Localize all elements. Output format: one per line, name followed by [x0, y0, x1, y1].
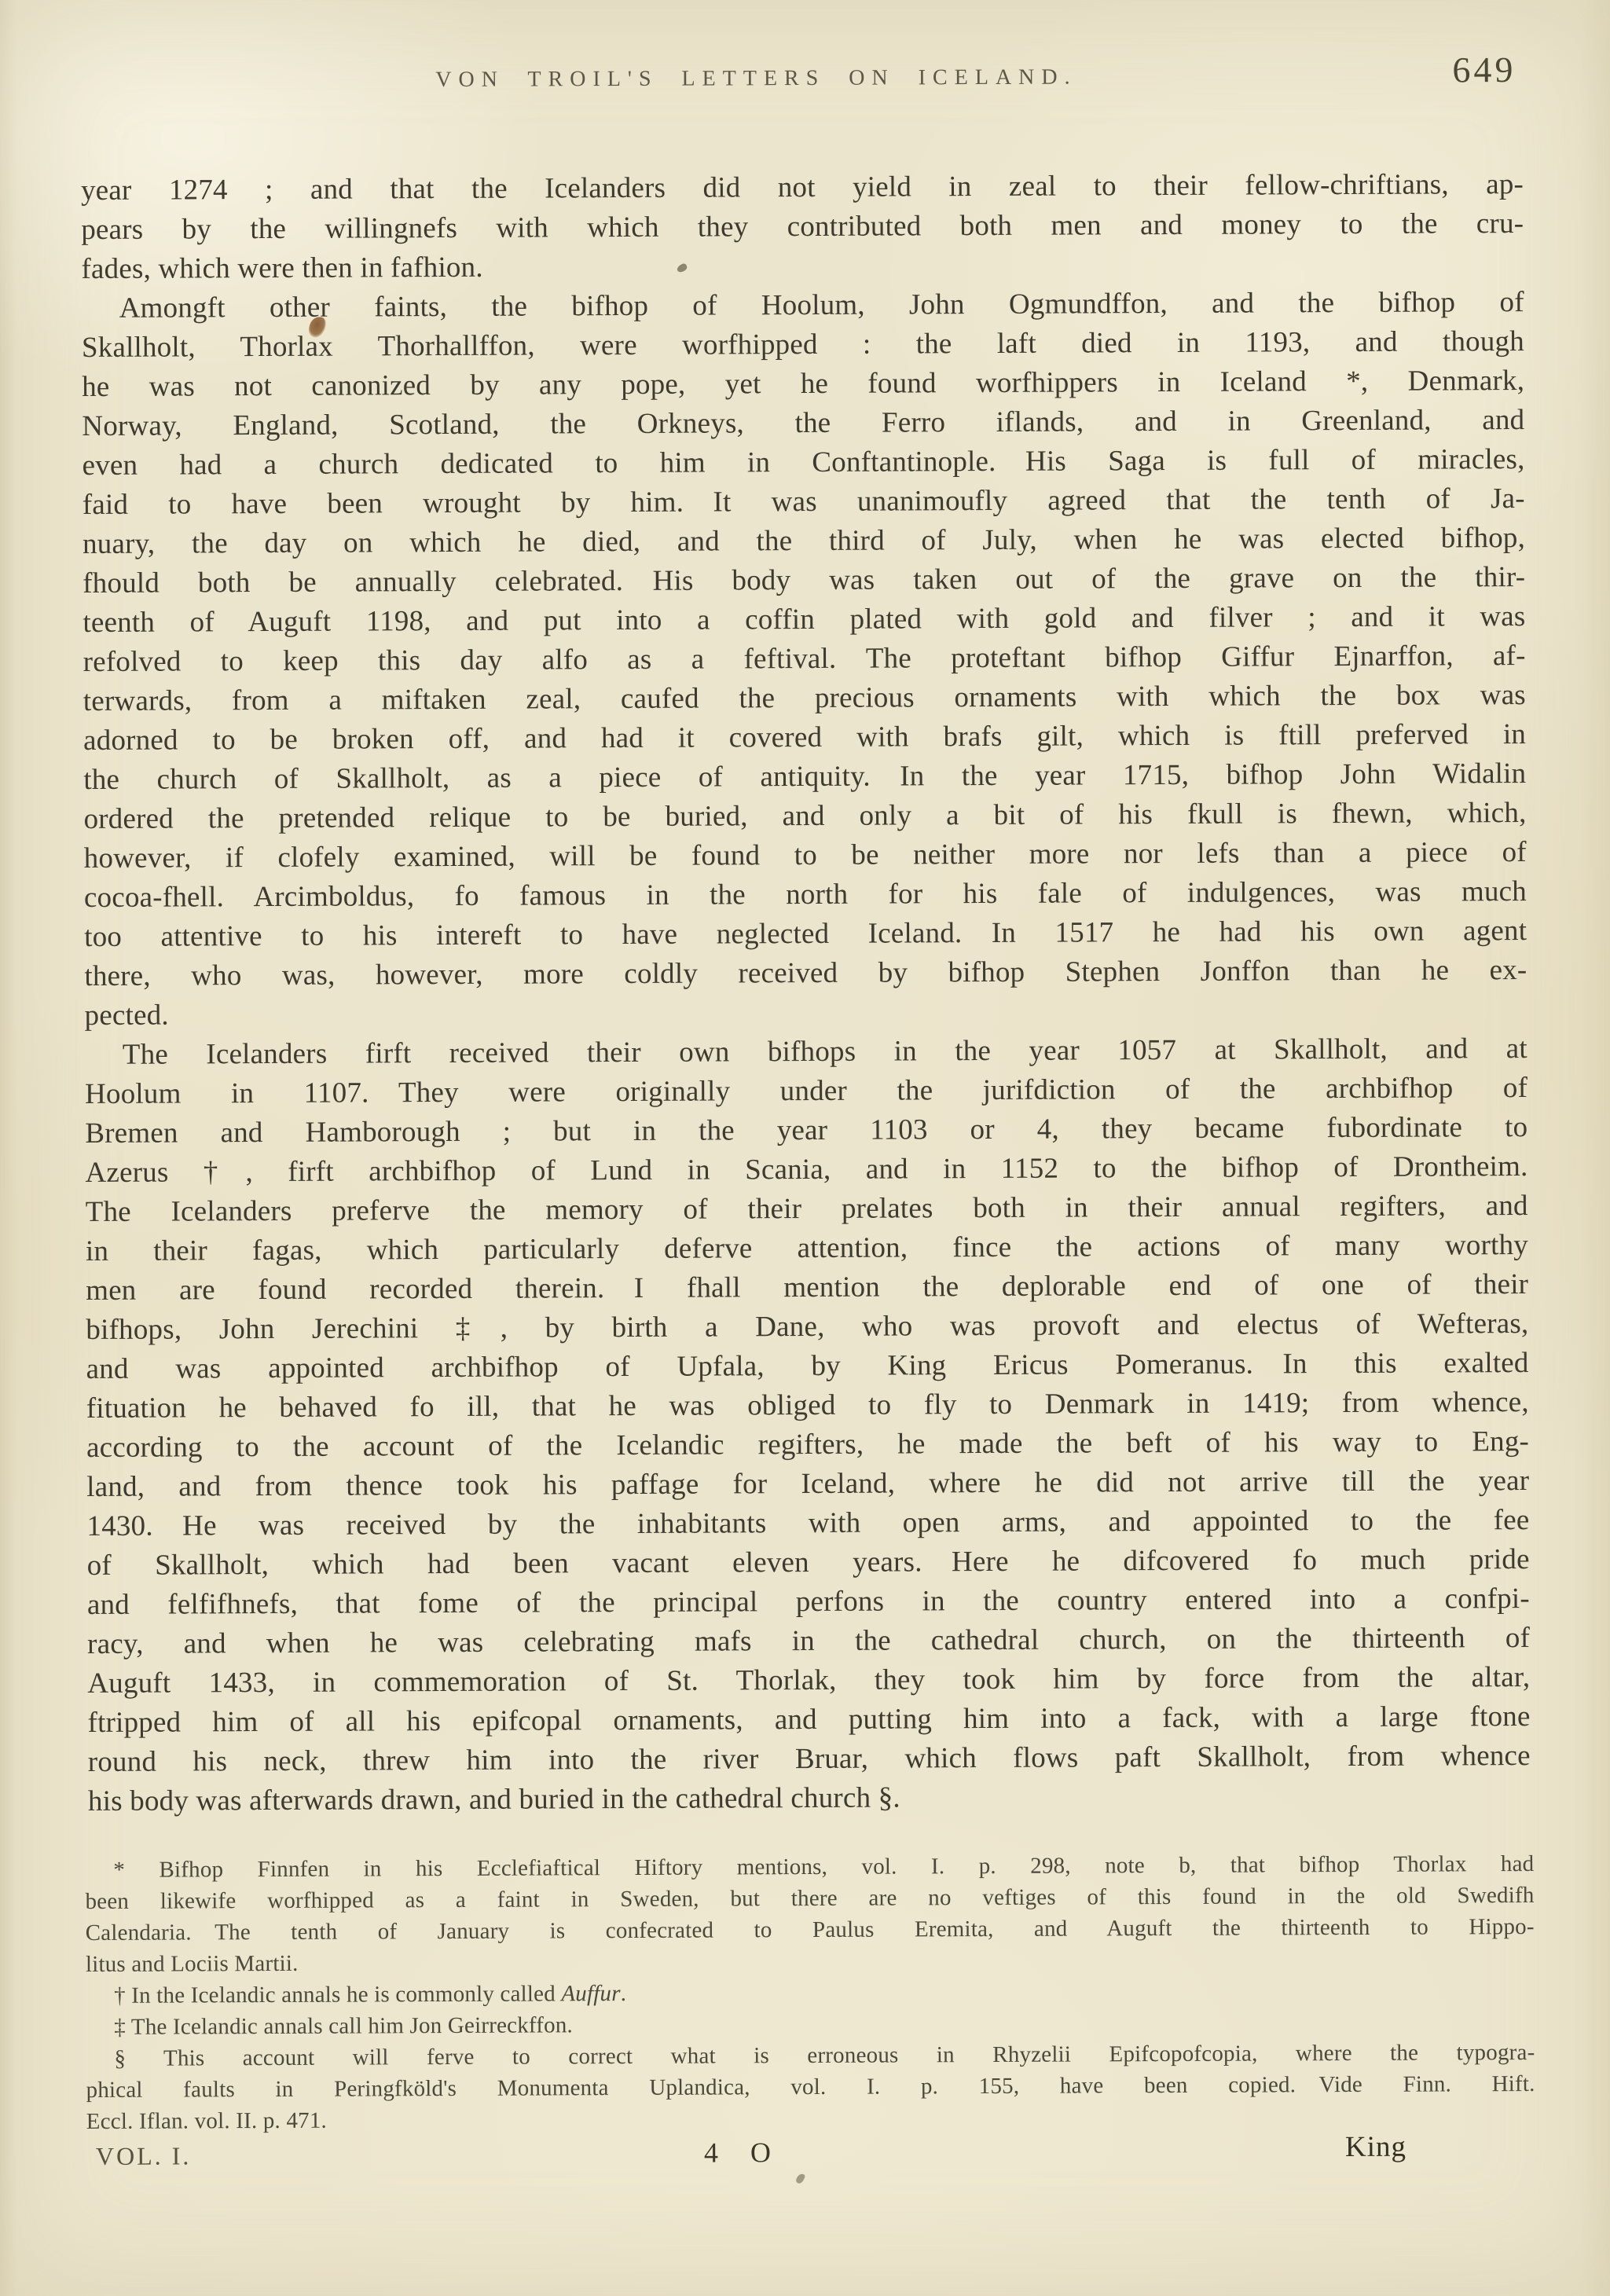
page-content: VON TROIL'S LETTERS ON ICELAND. 649 year… [0, 0, 1610, 2296]
body-text: year 1274 ; and that the Icelanders did … [81, 165, 1531, 1821]
text-line: however, if clofely examined, will be fo… [84, 833, 1527, 878]
text-line: Norway, England, Scotland, the Orkneys, … [82, 401, 1524, 446]
text-line: nuary, the day on which he died, and the… [83, 519, 1525, 564]
text-line: The Icelanders firft received their own … [85, 1029, 1527, 1075]
text-line: racy, and when he was celebrating mafs i… [87, 1619, 1530, 1664]
volume-label: VOL. I. [96, 2141, 192, 2171]
text-line: terwards, from a miftaken zeal, caufed t… [83, 676, 1526, 721]
text-line: too attentive to his intereft to have ne… [84, 911, 1527, 957]
footnote-line: Calendaria. The tenth of January is conf… [86, 1911, 1535, 1949]
text-line: Skallholt, Thorlax Thorhallffon, were wo… [82, 322, 1524, 368]
text-line: ordered the pretended relique to be buri… [83, 794, 1526, 839]
text-line: according to the account of the Icelandi… [86, 1422, 1529, 1468]
text-line: of Skallholt, which had been vacant elev… [87, 1540, 1530, 1586]
text-line: Auguft 1433, in commemoration of St. Tho… [87, 1658, 1530, 1704]
text-line: he was not canonized by any pope, yet he… [82, 361, 1524, 407]
text-line: The Icelanders preferve the memory of th… [86, 1187, 1528, 1232]
text-line: refolved to keep this day alfo as a feft… [83, 636, 1526, 682]
text-line: round his neck, threw him into the river… [88, 1737, 1531, 1782]
text-line: land, and from thence took his paffage f… [86, 1462, 1529, 1507]
text-line: cocoa-fhell. Arcimboldus, fo famous in t… [84, 872, 1527, 918]
footnotes: * Bifhop Finnfen in his Ecclefiaftical H… [85, 1848, 1535, 2137]
catchword: King [1345, 2130, 1406, 2164]
text-line: his body was afterwards drawn, and burie… [88, 1776, 1531, 1821]
text-line: Bremen and Hamborough ; but in the year … [85, 1108, 1527, 1154]
text-line: fhould both be annually celebrated. His … [83, 558, 1525, 603]
text-line: and was appointed archbifhop of Upfala, … [86, 1344, 1528, 1389]
signature-mark: 4 O [704, 2136, 783, 2169]
text-line: the church of Skallholt, as a piece of a… [83, 754, 1526, 800]
text-line: 1430. He was received by the inhabitants… [86, 1501, 1529, 1546]
text-line: Amongft other faints, the bifhop of Hool… [82, 283, 1524, 328]
book-page-scan: VON TROIL'S LETTERS ON ICELAND. 649 year… [0, 0, 1610, 2296]
text-line: pected. [85, 990, 1527, 1036]
text-line: faid to have been wrought by him. It was… [83, 479, 1525, 525]
text-line: year 1274 ; and that the Icelanders did … [81, 165, 1524, 211]
footnote-line: phical faults in Peringfköld's Monumenta… [86, 2068, 1535, 2106]
text-line: there, who was, however, more coldly rec… [84, 951, 1527, 996]
text-line: teenth of Auguft 1198, and put into a co… [83, 597, 1525, 643]
text-line: even had a church dedicated to him in Co… [82, 440, 1524, 486]
text-line: pears by the willingnefs with which they… [81, 204, 1524, 250]
page-number: 649 [1452, 49, 1516, 90]
text-line: in their fagas, which particularly defer… [86, 1226, 1528, 1271]
text-line: and felfifhnefs, that fome of the princi… [87, 1579, 1530, 1625]
text-line: fades, which were then in fafhion. [81, 244, 1524, 289]
text-line: bifhops, John Jerechini ‡, by birth a Da… [86, 1304, 1528, 1350]
text-line: men are found recorded therein. I fhall … [86, 1265, 1528, 1311]
running-title: VON TROIL'S LETTERS ON ICELAND. [435, 64, 1076, 93]
text-line: adorned to be broken off, and had it cov… [83, 715, 1526, 761]
page-footer: VOL. I. 4 O King [90, 2128, 1538, 2181]
text-line: Hoolum in 1107. They were originally und… [85, 1069, 1527, 1114]
page-header: VON TROIL'S LETTERS ON ICELAND. 649 [83, 52, 1520, 108]
text-line: ftripped him of all his epifcopal orname… [87, 1697, 1530, 1743]
text-line: fituation he behaved fo ill, that he was… [86, 1383, 1529, 1429]
text-line: Azerus †, firft archbifhop of Lund in Sc… [85, 1147, 1527, 1193]
